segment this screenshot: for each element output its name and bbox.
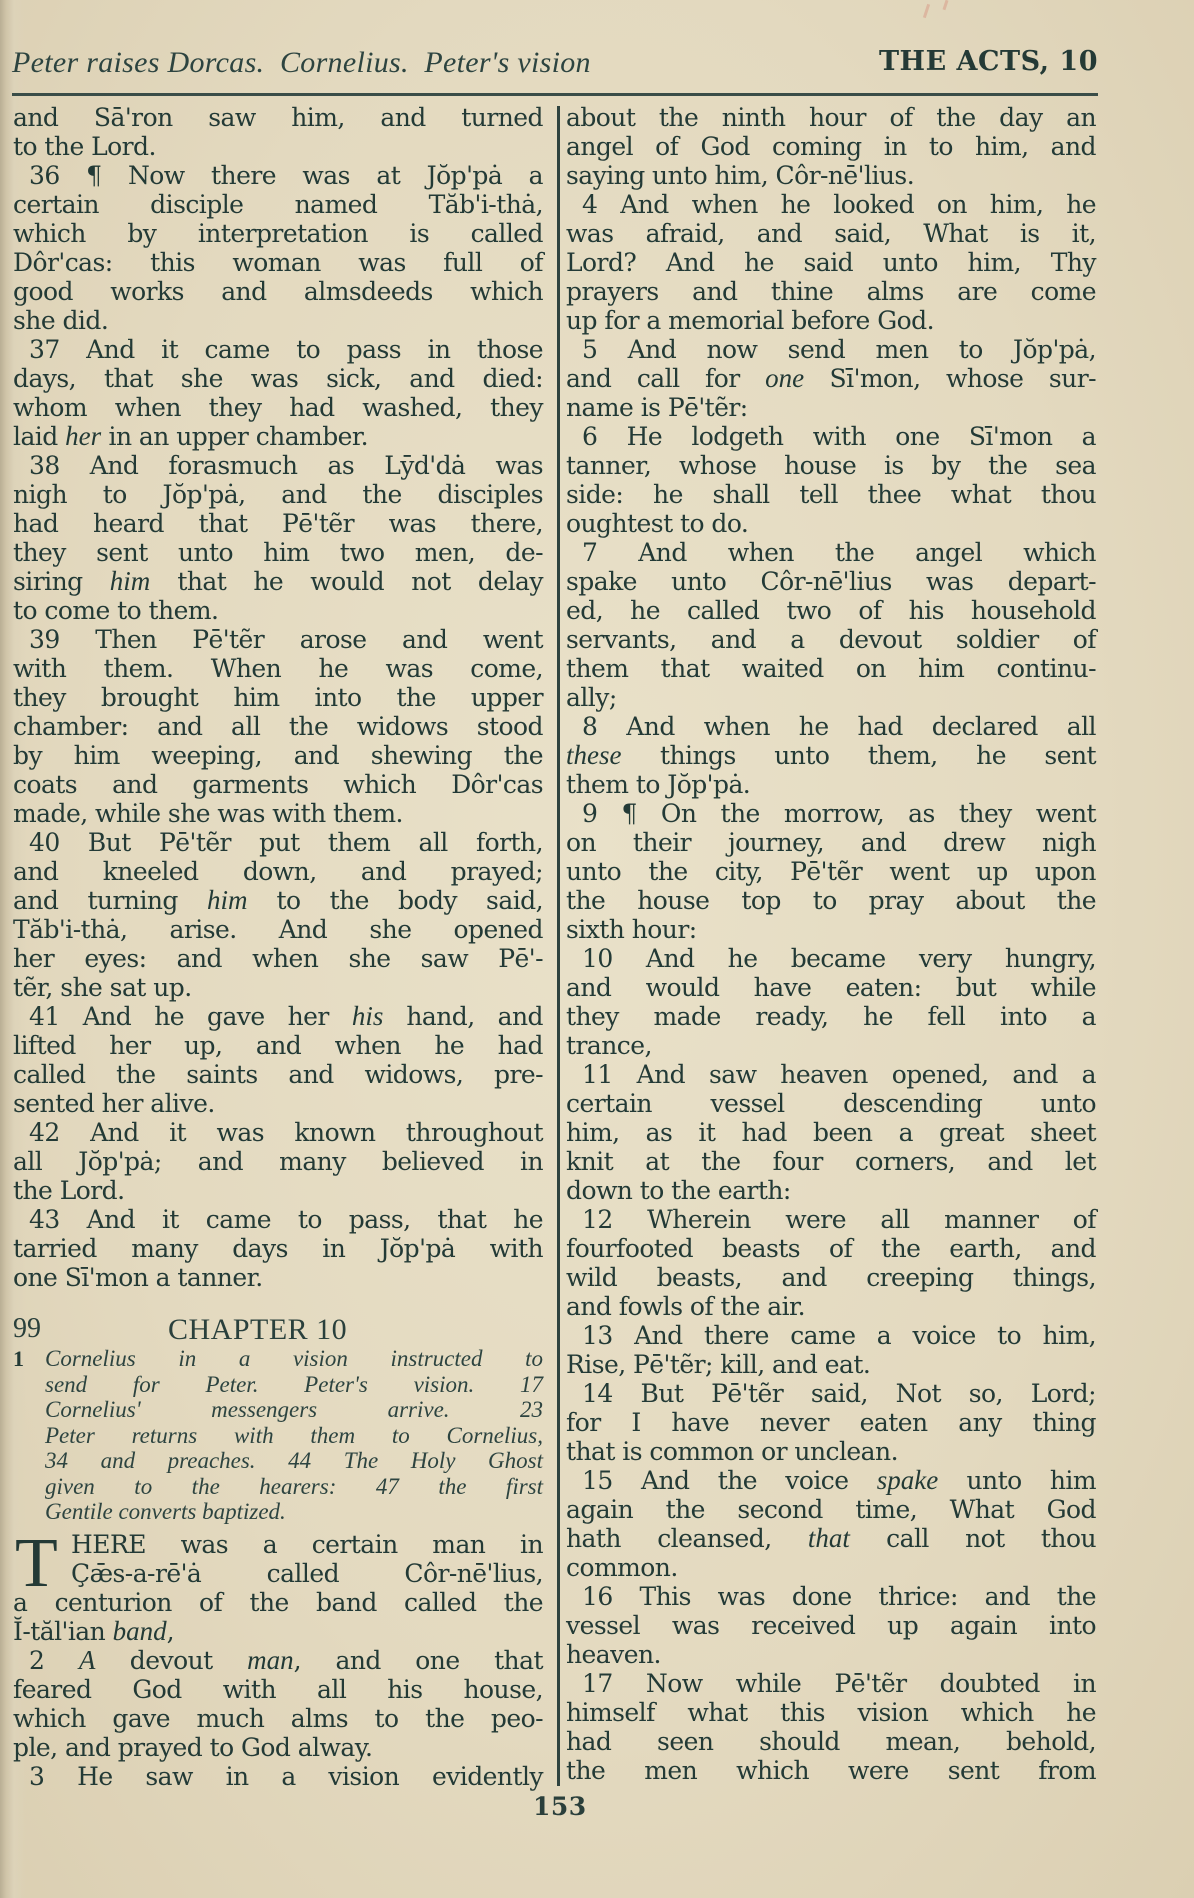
text-line: 7 And when the angel which — [566, 538, 1096, 567]
text-line: by him weeping, and shewing the — [13, 741, 543, 770]
text-line: HERE was a certain man in — [13, 1530, 543, 1559]
text-line: 38 And forasmuch as Lȳd'dȧ was — [13, 451, 543, 480]
text-line: 14 But Pē'tẽr said, Not so, Lord; — [566, 1379, 1096, 1408]
text-line: sented her alive. — [13, 1089, 543, 1118]
right-column: about the ninth hour of the day anangel … — [566, 103, 1096, 1785]
text-line: the men which were sent from — [566, 1756, 1096, 1785]
drop-cap: T — [15, 1534, 58, 1594]
text-line: heaven. — [566, 1640, 1096, 1669]
text-line: 42 And it was known throughout — [13, 1118, 543, 1147]
text-line: himself what this vision which he — [566, 1698, 1096, 1727]
text-line: ed, he called two of his household — [566, 596, 1096, 625]
text-line: and fowls of the air. — [566, 1292, 1096, 1321]
text-line: all Jŏp'pȧ; and many believed in — [13, 1147, 543, 1176]
text-line: wild beasts, and creeping things, — [566, 1263, 1096, 1292]
italic-word: man — [247, 1645, 294, 1675]
text-line: name is Pē'tẽr: — [566, 393, 1096, 422]
text-line: and call for one Sī'mon, whose sur- — [566, 364, 1096, 393]
text-line: she did. — [13, 306, 543, 335]
text-line: Çǣs-a-rē'ȧ called Côr-nē'lius, — [13, 1559, 543, 1588]
text-line: Tăb'i-thȧ, arise. And she opened — [13, 915, 543, 944]
text-line: which gave much alms to the peo- — [13, 1704, 543, 1733]
text-line: tẽr, she sat up. — [13, 973, 543, 1002]
summary-line: send for Peter. Peter's vision. 17 — [13, 1372, 543, 1398]
text-line: 15 And the voice spake unto him — [566, 1466, 1096, 1495]
text-line: a centurion of the band called the — [13, 1588, 543, 1617]
column-divider — [557, 106, 560, 1786]
text-line: Dôr'cas: this woman was full of — [13, 248, 543, 277]
text-line: common. — [566, 1553, 1096, 1582]
text-line: angel of God coming in to him, and — [566, 132, 1096, 161]
italic-word: one — [765, 363, 804, 393]
text-line: they sent unto him two men, de- — [13, 538, 543, 567]
italic-word: that — [808, 1523, 850, 1553]
text-line: 9 ¶ On the morrow, as they went — [566, 799, 1096, 828]
text-line: them to Jŏp'pȧ. — [566, 770, 1096, 799]
text-line: and Sā'ron saw him, and turned — [13, 103, 543, 132]
text-line: 40 But Pē'tẽr put them all forth, — [13, 828, 543, 857]
text-line: nigh to Jŏp'pȧ, and the disciples — [13, 480, 543, 509]
chapter-title: CHAPTER 10 — [168, 1313, 347, 1347]
text-line: them that waited on him continu- — [566, 654, 1096, 683]
text-line: 43 And it came to pass, that he — [13, 1205, 543, 1234]
text-line: called the saints and widows, pre- — [13, 1060, 543, 1089]
text-line: 36 ¶ Now there was at Jŏp'pȧ a — [13, 161, 543, 190]
text-line: 8 And when he had declared all — [566, 712, 1096, 741]
text-line: 10 And he became very hungry, — [566, 944, 1096, 973]
italic-word: these — [566, 740, 621, 770]
text-line: 3 He saw in a vision evidently — [13, 1762, 543, 1791]
text-line: for I have never eaten any thing — [566, 1408, 1096, 1437]
text-line: up for a memorial before God. — [566, 306, 1096, 335]
italic-word: spake — [877, 1465, 938, 1495]
text-line: 41 And he gave her his hand, and — [13, 1002, 543, 1031]
chapter-summary: 1 Cornelius in a vision instructed tosen… — [13, 1346, 543, 1525]
text-line: 39 Then Pē'tẽr arose and went — [13, 625, 543, 654]
text-line: the house top to pray about the — [566, 886, 1096, 915]
text-line: certain vessel descending unto — [566, 1089, 1096, 1118]
text-line: chamber: and all the widows stood — [13, 712, 543, 741]
text-line: 6 He lodgeth with one Sī'mon a — [566, 422, 1096, 451]
text-line: lifted her up, and when he had — [13, 1031, 543, 1060]
page-number: 153 — [533, 1792, 587, 1821]
summary-line: Cornelius' messengers arrive. 23 — [13, 1397, 543, 1423]
italic-word: her — [65, 421, 101, 451]
text-line: her eyes: and when she saw Pē'- — [13, 944, 543, 973]
text-line: siring him that he would not delay — [13, 567, 543, 596]
text-line: which by interpretation is called — [13, 219, 543, 248]
text-line: they made ready, he fell into a — [566, 1002, 1096, 1031]
text-line: 12 Wherein were all manner of — [566, 1205, 1096, 1234]
text-line: and would have eaten: but while — [566, 973, 1096, 1002]
text-line: 2 A devout man, and one that — [13, 1646, 543, 1675]
text-line: about the ninth hour of the day an — [566, 103, 1096, 132]
text-line: him, as it had been a great sheet — [566, 1118, 1096, 1147]
chapter-opening: T HERE was a certain man inÇǣs-a-rē'ȧ ca… — [13, 1530, 543, 1791]
left-column: and Sā'ron saw him, and turnedto the Lor… — [13, 103, 543, 1292]
text-line: these things unto them, he sent — [566, 741, 1096, 770]
running-title: Peter raises Dorcas. Cornelius. Peter's … — [12, 46, 591, 80]
text-line: saying unto him, Côr-nē'lius. — [566, 161, 1096, 190]
text-line: one Sī'mon a tanner. — [13, 1263, 543, 1292]
text-line: with them. When he was come, — [13, 654, 543, 683]
text-line: laid her in an upper chamber. — [13, 422, 543, 451]
text-line: days, that she was sick, and died: — [13, 364, 543, 393]
text-line: again the second time, What God — [566, 1495, 1096, 1524]
summary-line: Peter returns with them to Cornelius, — [13, 1423, 543, 1449]
text-line: to the Lord. — [13, 132, 543, 161]
summary-line: 34 and preaches. 44 The Holy Ghost — [13, 1448, 543, 1474]
text-line: and kneeled down, and prayed; — [13, 857, 543, 886]
text-line: Rise, Pē'tẽr; kill, and eat. — [566, 1350, 1096, 1379]
text-line: 17 Now while Pē'tẽr doubted in — [566, 1669, 1096, 1698]
text-line: tanner, whose house is by the sea — [566, 451, 1096, 480]
text-line: certain disciple named Tăb'i-thȧ, — [13, 190, 543, 219]
text-line: made, while she was with them. — [13, 799, 543, 828]
text-line: Lord? And he said unto him, Thy — [566, 248, 1096, 277]
text-line: the Lord. — [13, 1176, 543, 1205]
paper-speck — [943, 0, 949, 10]
text-line: down to the earth: — [566, 1176, 1096, 1205]
italic-word: A — [79, 1645, 96, 1675]
text-line: 13 And there came a voice to him, — [566, 1321, 1096, 1350]
italic-word: him — [110, 566, 151, 596]
text-line: vessel was received up again into — [566, 1611, 1096, 1640]
text-line: 5 And now send men to Jŏp'pȧ, — [566, 335, 1096, 364]
text-line: 37 And it came to pass in those — [13, 335, 543, 364]
text-line: trance, — [566, 1031, 1096, 1060]
text-line: and turning him to the body said, — [13, 886, 543, 915]
text-line: spake unto Côr-nē'lius was depart- — [566, 567, 1096, 596]
text-line: fourfooted beasts of the earth, and — [566, 1234, 1096, 1263]
italic-word: his — [352, 1001, 384, 1031]
text-line: had heard that Pē'tẽr was there, — [13, 509, 543, 538]
italic-word: him — [207, 885, 248, 915]
text-line: Ĭ-tăl'ian band, — [13, 1617, 543, 1646]
text-line: 11 And saw heaven opened, and a — [566, 1060, 1096, 1089]
text-line: they brought him into the upper — [13, 683, 543, 712]
text-line: feared God with all his house, — [13, 1675, 543, 1704]
text-line: sixth hour: — [566, 915, 1096, 944]
text-line: good works and almsdeeds which — [13, 277, 543, 306]
text-line: unto the city, Pē'tẽr went up upon — [566, 857, 1096, 886]
text-line: coats and garments which Dôr'cas — [13, 770, 543, 799]
text-line: whom when they had washed, they — [13, 393, 543, 422]
summary-line: Gentile converts baptized. — [13, 1499, 543, 1525]
text-line: 4 And when he looked on him, he — [566, 190, 1096, 219]
text-line: oughtest to do. — [566, 509, 1096, 538]
summary-line: given to the hearers: 47 the first — [13, 1474, 543, 1500]
text-line: had seen should mean, behold, — [566, 1727, 1096, 1756]
text-line: tarried many days in Jŏp'pȧ with — [13, 1234, 543, 1263]
text-line: servants, and a devout soldier of — [566, 625, 1096, 654]
book-chapter-heading: THE ACTS, 10 — [879, 46, 1098, 77]
text-line: hath cleansed, that call not thou — [566, 1524, 1096, 1553]
text-line: knit at the four corners, and let — [566, 1147, 1096, 1176]
summary-line: Cornelius in a vision instructed to — [13, 1346, 543, 1372]
marginal-number: 99 — [13, 1313, 41, 1345]
text-line: side: he shall tell thee what thou — [566, 480, 1096, 509]
italic-word: band — [113, 1616, 167, 1646]
header-rule — [12, 93, 1098, 96]
paper-speck — [923, 4, 930, 18]
running-header: Peter raises Dorcas. Cornelius. Peter's … — [12, 46, 1098, 86]
summary-verse-number: 1 — [13, 1346, 24, 1372]
text-line: was afraid, and said, What is it, — [566, 219, 1096, 248]
text-line: ally; — [566, 683, 1096, 712]
text-line: on their journey, and drew nigh — [566, 828, 1096, 857]
text-line: to come to them. — [13, 596, 543, 625]
text-line: that is common or unclean. — [566, 1437, 1096, 1466]
text-line: prayers and thine alms are come — [566, 277, 1096, 306]
text-line: 16 This was done thrice: and the — [566, 1582, 1096, 1611]
text-line: ple, and prayed to God alway. — [13, 1733, 543, 1762]
